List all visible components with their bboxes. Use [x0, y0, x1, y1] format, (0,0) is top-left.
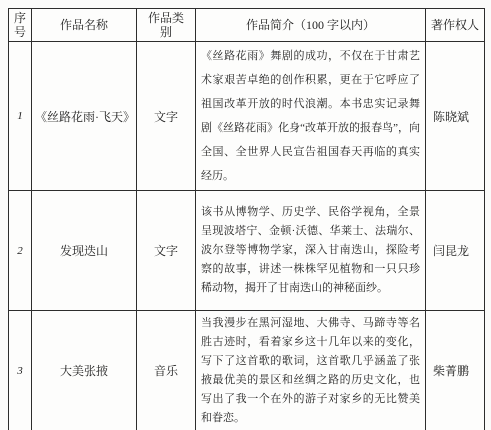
cell-no: 3 — [9, 311, 32, 430]
cell-work-name: 《丝路花雨·飞天》 — [32, 42, 137, 191]
cell-intro: 《丝路花雨》舞剧的成功，不仅在于甘肃艺术家艰苦卓绝的创作积累，更在于它呼应了祖国… — [196, 42, 426, 191]
works-table: 序 号 作品名称 作品类 别 作品简介（100 字以内） 著作权人 1 《丝路花… — [8, 8, 485, 430]
cell-no: 1 — [9, 42, 32, 191]
header-category: 作品类 别 — [137, 9, 196, 42]
header-row: 序 号 作品名称 作品类 别 作品简介（100 字以内） 著作权人 — [9, 9, 485, 42]
header-no: 序 号 — [9, 9, 32, 42]
cell-intro: 该书从博物学、历史学、民俗学视角，全景呈现波塔宁、金顿·沃德、华莱士、法瑞尔、波… — [196, 191, 426, 311]
cell-no: 2 — [9, 191, 32, 311]
header-intro: 作品简介（100 字以内） — [196, 9, 426, 42]
cell-copyright-holder: 闫昆龙 — [426, 191, 485, 311]
table-row: 2 发现迭山 文字 该书从博物学、历史学、民俗学视角，全景呈现波塔宁、金顿·沃德… — [9, 191, 485, 311]
cell-category: 文字 — [137, 191, 196, 311]
cell-copyright-holder: 陈晓斌 — [426, 42, 485, 191]
cell-category: 文字 — [137, 42, 196, 191]
header-holder: 著作权人 — [426, 9, 485, 42]
cell-work-name: 发现迭山 — [32, 191, 137, 311]
cell-category: 音乐 — [137, 311, 196, 430]
cell-intro: 当我漫步在黑河湿地、大佛寺、马蹄寺等名胜古迹时，看着家乡这十几年以来的变化，写下… — [196, 311, 426, 430]
cell-work-name: 大美张掖 — [32, 311, 137, 430]
table-row: 3 大美张掖 音乐 当我漫步在黑河湿地、大佛寺、马蹄寺等名胜古迹时，看着家乡这十… — [9, 311, 485, 430]
header-name: 作品名称 — [32, 9, 137, 42]
table-row: 1 《丝路花雨·飞天》 文字 《丝路花雨》舞剧的成功，不仅在于甘肃艺术家艰苦卓绝… — [9, 42, 485, 191]
cell-copyright-holder: 柴菁鹏 — [426, 311, 485, 430]
